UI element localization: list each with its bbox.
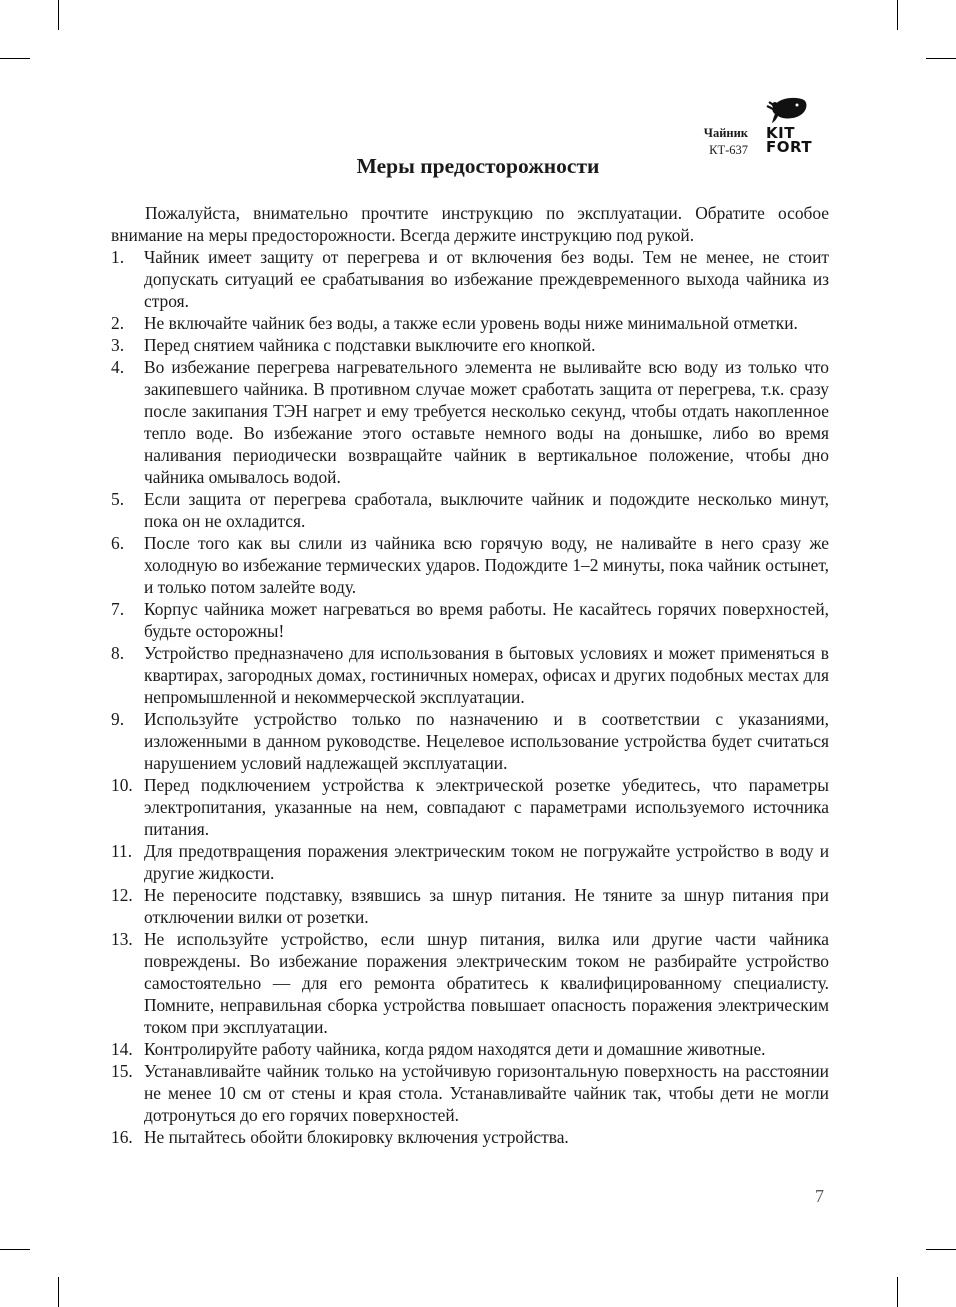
product-name: Чайник — [704, 125, 748, 142]
crop-mark — [897, 0, 898, 30]
list-item: 13.Не используйте устройство, если шнур … — [111, 928, 829, 1038]
item-text: Перед снятием чайника с подставки выключ… — [144, 335, 595, 355]
item-text: Используйте устройство только по назначе… — [144, 709, 829, 773]
safety-content: Пожалуйста, внимательно прочтите инструк… — [111, 202, 829, 1148]
crop-mark — [0, 1249, 30, 1250]
item-number: 4. — [111, 356, 124, 378]
list-item: 10.Перед подключением устройства к элект… — [111, 774, 829, 840]
list-item: 6.После того как вы слили из чайника всю… — [111, 532, 829, 598]
item-number: 11. — [111, 840, 132, 862]
item-number: 15. — [111, 1060, 133, 1082]
item-text: Устанавливайте чайник только на устойчив… — [144, 1061, 829, 1125]
item-text: После того как вы слили из чайника всю г… — [144, 533, 829, 597]
item-number: 12. — [111, 884, 133, 906]
item-number: 5. — [111, 488, 124, 510]
list-item: 4.Во избежание перегрева нагревательного… — [111, 356, 829, 488]
item-text: Во избежание перегрева нагревательного э… — [144, 357, 829, 487]
page-title: Меры предосторожности — [0, 154, 956, 179]
brand-logo: KIT FORT — [766, 94, 828, 154]
precautions-list: 1.Чайник имеет защиту от перегрева и от … — [111, 246, 829, 1148]
item-number: 10. — [111, 774, 133, 796]
list-item: 7.Корпус чайника может нагреваться во вр… — [111, 598, 829, 642]
crop-mark — [926, 1249, 956, 1250]
item-text: Не пытайтесь обойти блокировку включения… — [144, 1127, 569, 1147]
item-number: 16. — [111, 1126, 133, 1148]
list-item: 9.Используйте устройство только по назна… — [111, 708, 829, 774]
crop-mark — [58, 0, 59, 30]
item-number: 3. — [111, 334, 124, 356]
list-item: 1.Чайник имеет защиту от перегрева и от … — [111, 246, 829, 312]
list-item: 5.Если защита от перегрева сработала, вы… — [111, 488, 829, 532]
list-item: 14.Контролируйте работу чайника, когда р… — [111, 1038, 829, 1060]
item-text: Корпус чайника может нагреваться во врем… — [144, 599, 829, 641]
list-item: 3.Перед снятием чайника с подставки выкл… — [111, 334, 829, 356]
item-number: 14. — [111, 1038, 133, 1060]
whale-with-plug-icon — [766, 94, 810, 124]
item-number: 2. — [111, 312, 124, 334]
item-number: 6. — [111, 532, 124, 554]
list-item: 11.Для предотвращения поражения электрич… — [111, 840, 829, 884]
item-number: 8. — [111, 642, 124, 664]
item-number: 7. — [111, 598, 124, 620]
list-item: 8.Устройство предназначено для использов… — [111, 642, 829, 708]
list-item: 12.Не переносите подставку, взявшись за … — [111, 884, 829, 928]
item-text: Устройство предназначено для использован… — [144, 643, 829, 707]
item-text: Контролируйте работу чайника, когда рядо… — [144, 1039, 766, 1059]
item-text: Не переносите подставку, взявшись за шну… — [144, 885, 829, 927]
brand-name: KIT FORT — [766, 126, 828, 154]
item-text: Не используйте устройство, если шнур пит… — [144, 929, 829, 1037]
item-text: Если защита от перегрева сработала, выкл… — [144, 489, 829, 531]
item-text: Чайник имеет защиту от перегрева и от вк… — [144, 247, 829, 311]
item-number: 9. — [111, 708, 124, 730]
list-item: 2.Не включайте чайник без воды, а также … — [111, 312, 829, 334]
intro-paragraph: Пожалуйста, внимательно прочтите инструк… — [111, 202, 829, 246]
crop-mark — [58, 1277, 59, 1307]
item-text: Перед подключением устройства к электрич… — [144, 775, 829, 839]
item-number: 1. — [111, 246, 124, 268]
crop-mark — [897, 1277, 898, 1307]
item-text: Для предотвращения поражения электрическ… — [144, 841, 829, 883]
item-number: 13. — [111, 928, 133, 950]
crop-mark — [926, 58, 956, 59]
list-item: 15.Устанавливайте чайник только на устой… — [111, 1060, 829, 1126]
crop-mark — [0, 58, 30, 59]
list-item: 16.Не пытайтесь обойти блокировку включе… — [111, 1126, 829, 1148]
item-text: Не включайте чайник без воды, а также ес… — [144, 313, 798, 333]
page-number: 7 — [815, 1186, 824, 1207]
